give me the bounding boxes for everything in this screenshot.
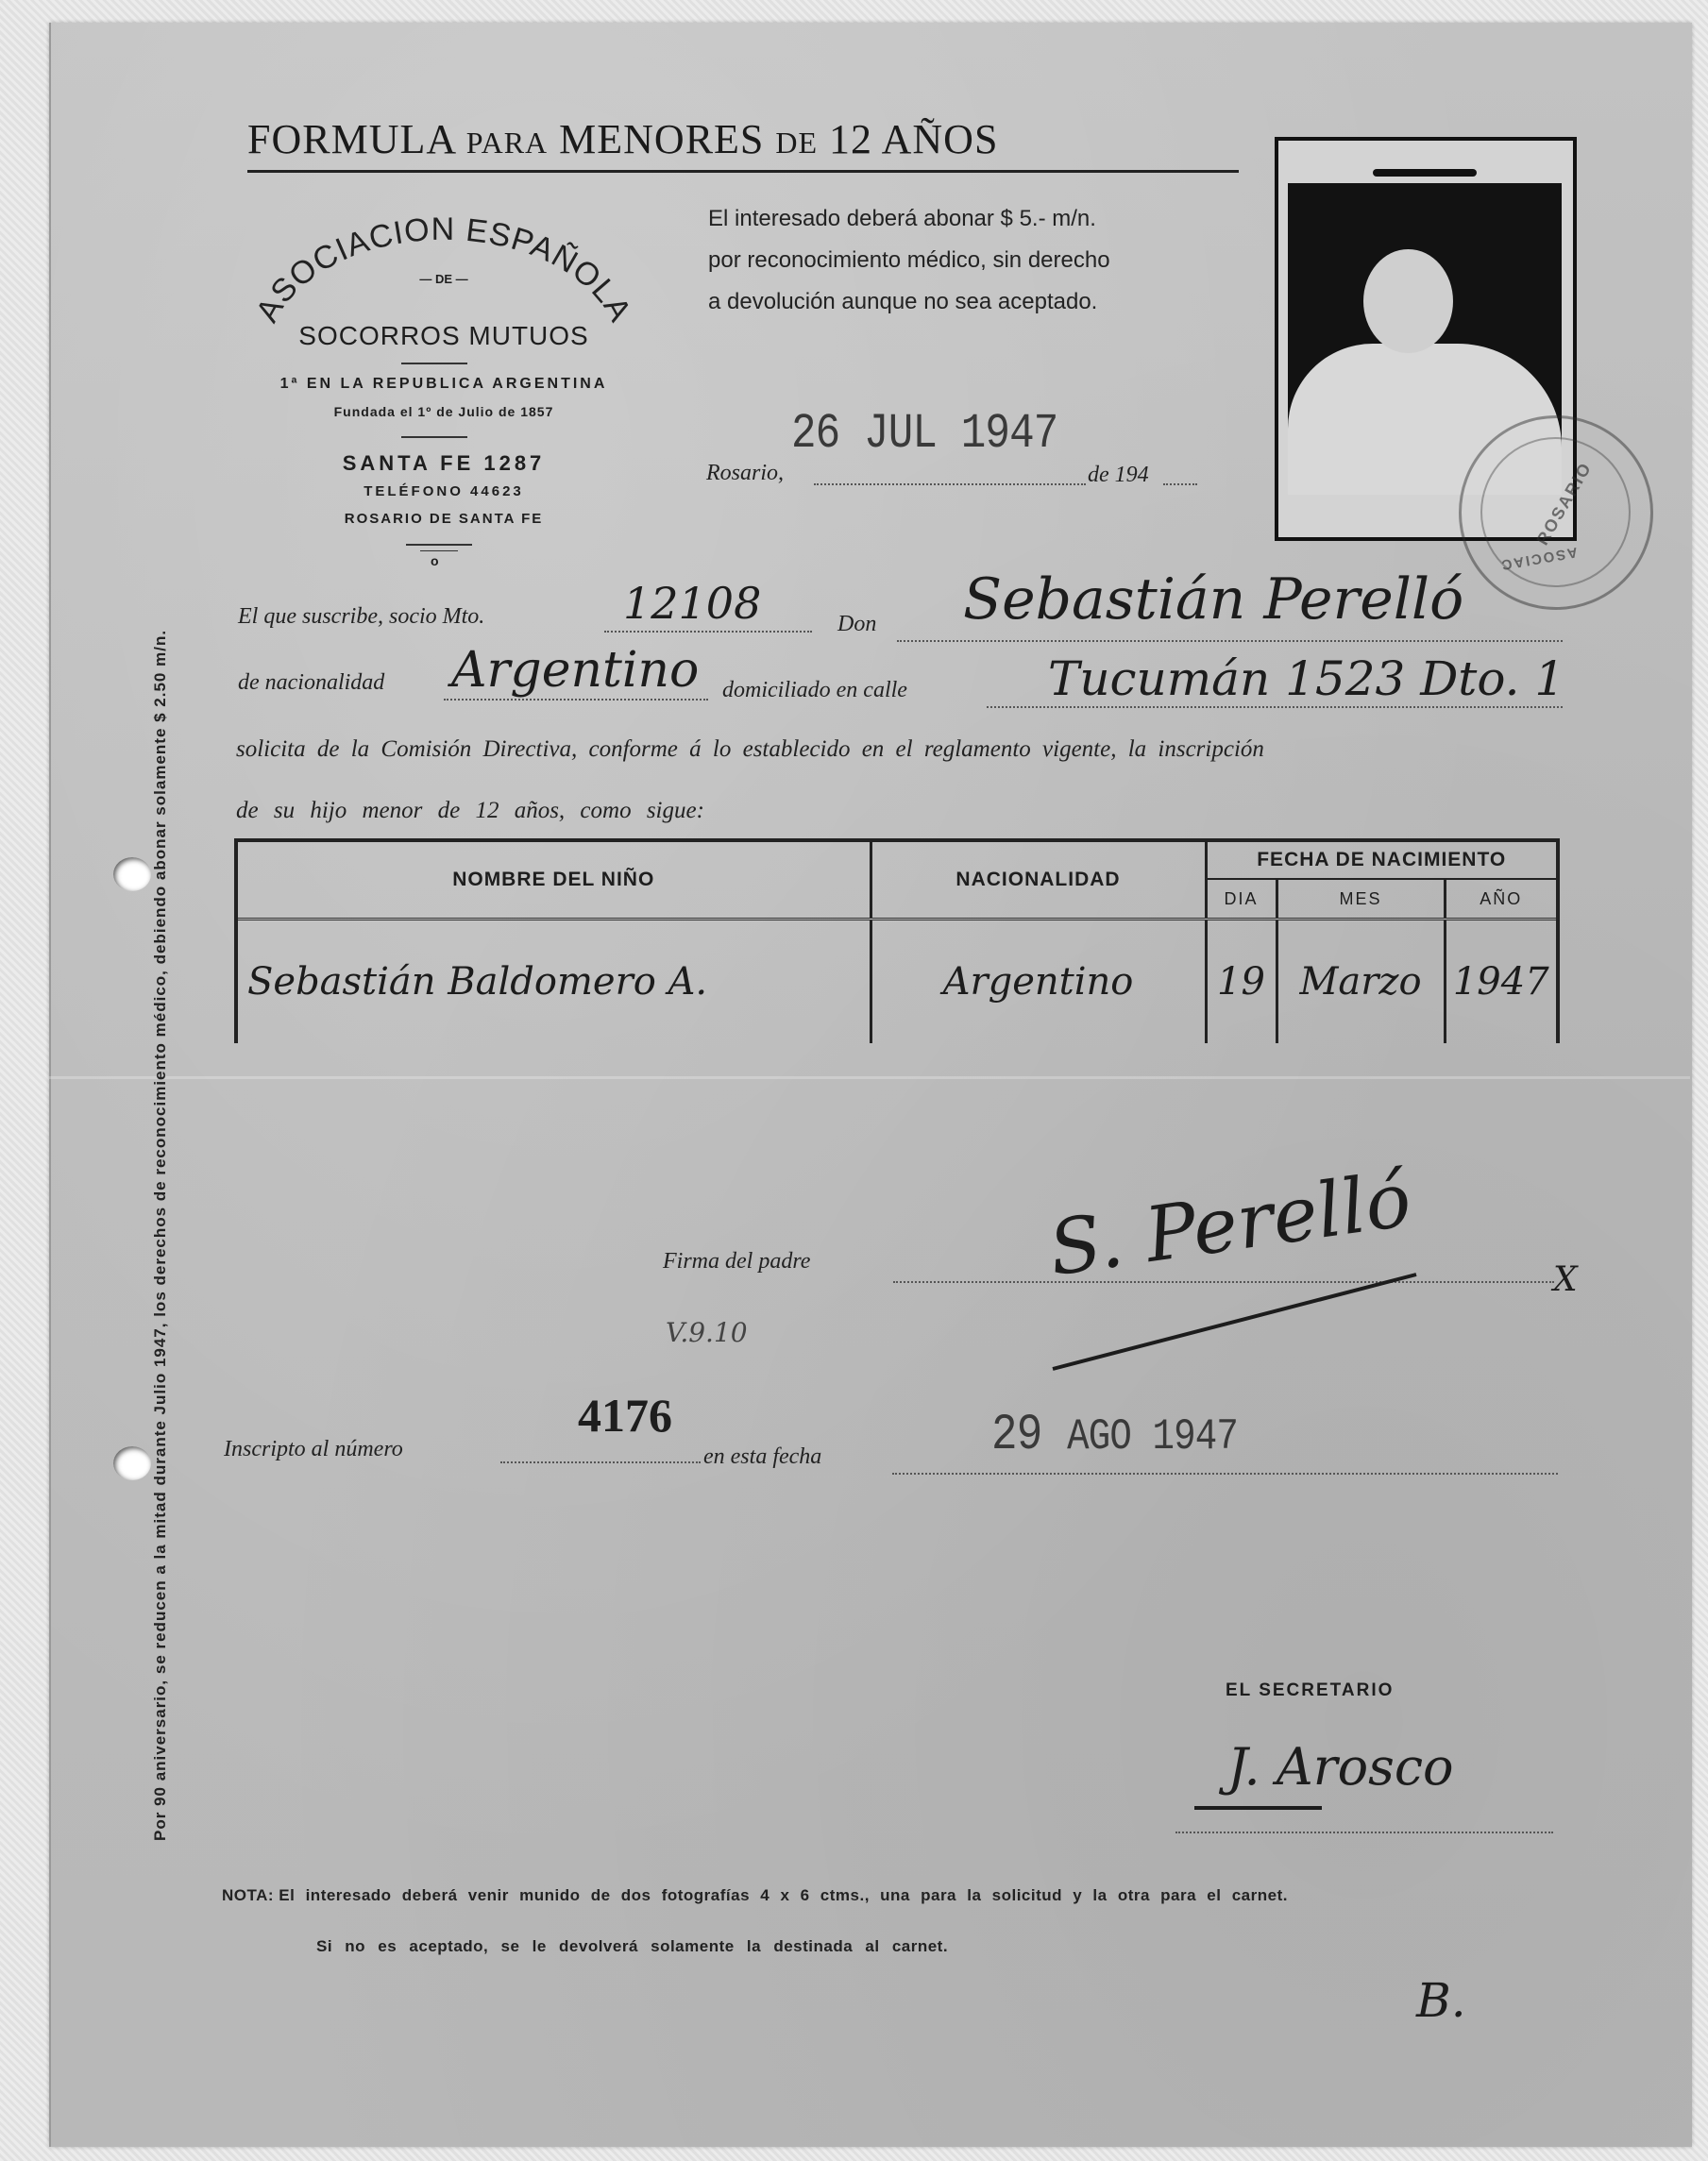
annotation: V.9.10 (666, 1317, 748, 1348)
label-father-signature: Firma del padre (663, 1249, 810, 1275)
child-nationality-cell[interactable]: Argentino (871, 920, 1206, 1044)
title-underline (247, 170, 1239, 173)
label-registration-date: en esta fecha (703, 1444, 821, 1470)
label-nationality: de nacionalidad (238, 670, 384, 696)
logo-ornament: o (431, 553, 439, 568)
child-name-cell[interactable]: Sebastián Baldomero A. (236, 920, 871, 1044)
year-field[interactable] (1163, 483, 1197, 485)
header-nationality: NACIONALIDAD (871, 840, 1206, 920)
member-number-field[interactable] (604, 631, 812, 633)
fee-notice-line: por reconocimiento médico, sin derecho (708, 240, 1237, 281)
member-number-value: 12108 (623, 578, 761, 629)
form-title: FORMULA PARA MENORES DE 12 AÑOS (247, 115, 998, 163)
association-phone: TELÉFONO 44623 (236, 483, 651, 499)
divider (401, 436, 467, 438)
association-name: SOCORROS MUTUOS (236, 321, 651, 351)
header-month: MES (1277, 879, 1445, 920)
note-line1: NOTA: El interesado deberá venir munido … (222, 1886, 1288, 1905)
date-suffix: de 194 (1088, 463, 1149, 488)
corner-initial: B. (1416, 1973, 1466, 2028)
address-field[interactable] (987, 706, 1563, 708)
paper-fold (49, 1076, 1690, 1079)
date-field[interactable] (814, 483, 1086, 485)
title-word: PARA (466, 126, 548, 160)
children-table: NOMBRE DEL NIÑO NACIONALIDAD FECHA DE NA… (234, 838, 1560, 1043)
birth-month-cell[interactable]: Marzo (1277, 920, 1445, 1044)
title-word: DE (775, 126, 818, 160)
registration-number-field[interactable] (500, 1461, 701, 1463)
label-subscriber: El que suscribe, socio Mto. (238, 604, 484, 630)
request-text-line2: de su hijo menor de 12 años, como sigue: (236, 798, 704, 824)
association-address: SANTA FE 1287 (236, 451, 651, 476)
title-word: 12 AÑOS (829, 116, 998, 162)
registration-date-stamp: 29 AGO 1947 (991, 1407, 1238, 1464)
registration-number: 4176 (578, 1388, 672, 1443)
date-prefix: Rosario, (706, 461, 784, 486)
note-line2: Si no es aceptado, se le devolverá solam… (316, 1937, 948, 1956)
secretary-label: EL SECRETARIO (1226, 1680, 1394, 1701)
logo-de: — DE — (397, 272, 491, 286)
association-seal: ROSARIO ASOCIAC (1459, 415, 1653, 610)
birth-day-cell[interactable]: 19 (1206, 920, 1277, 1044)
punch-hole (113, 1446, 151, 1480)
association-founded: Fundada el 1º de Julio de 1857 (236, 404, 651, 419)
margin-note: Por 90 aniversario, se reducen a la mita… (151, 630, 170, 1841)
photo-clip (1373, 169, 1477, 177)
divider (406, 544, 472, 546)
registration-date-field[interactable] (892, 1473, 1558, 1475)
signature-underline (1194, 1806, 1322, 1810)
secretary-signature: J. Arosco (1227, 1737, 1454, 1797)
header-day: DIA (1206, 879, 1277, 920)
signature-flourish-icon (1048, 1265, 1426, 1378)
birth-year-cell[interactable]: 1947 (1445, 920, 1558, 1044)
divider (420, 550, 458, 551)
secretary-signature-field[interactable] (1175, 1832, 1553, 1833)
fee-notice: El interesado deberá abonar $ 5.- m/n. p… (708, 198, 1237, 323)
association-tagline: 1ª EN LA REPUBLICA ARGENTINA (236, 376, 651, 393)
label-address: domiciliado en calle (722, 678, 907, 703)
association-city: ROSARIO DE SANTA FE (236, 511, 651, 527)
punch-hole (113, 857, 151, 891)
nationality-field[interactable] (444, 699, 708, 701)
note-label: NOTA: (222, 1886, 274, 1904)
title-word: FORMULA (247, 116, 455, 162)
header-birth-date: FECHA DE NACIMIENTO (1206, 840, 1558, 879)
fee-notice-line: a devolución aunque no sea aceptado. (708, 281, 1237, 323)
address-value: Tucumán 1523 Dto. 1 (1048, 651, 1564, 706)
divider (401, 363, 467, 364)
fee-notice-line: El interesado deberá abonar $ 5.- m/n. (708, 198, 1237, 240)
label-registration-number: Inscripto al número (224, 1437, 403, 1462)
note-text: El interesado deberá venir munido de dos… (279, 1886, 1288, 1904)
table-row: Sebastián Baldomero A. Argentino 19 Marz… (236, 920, 1558, 1044)
father-name-field[interactable] (897, 640, 1563, 642)
header-year: AÑO (1445, 879, 1558, 920)
date-stamp: 26 JUL 1947 (791, 406, 1057, 462)
association-arc-logo: ASOCIACION ESPAÑOLA (255, 184, 633, 326)
header-child-name: NOMBRE DEL NIÑO (236, 840, 871, 920)
title-word: MENORES (559, 116, 764, 162)
photo-baby-head (1363, 249, 1453, 353)
father-mark-x: X (1553, 1260, 1578, 1299)
svg-text:ASOCIACION ESPAÑOLA: ASOCIACION ESPAÑOLA (255, 211, 633, 326)
nationality-value: Argentino (451, 642, 699, 699)
stamp-month-year: AGO 1947 (1067, 1412, 1238, 1461)
label-don: Don (837, 612, 876, 637)
request-text-line1: solicita de la Comisión Directiva, confo… (236, 736, 1264, 763)
stamp-day: 29 (991, 1407, 1041, 1464)
father-name-value: Sebastián Perelló (963, 566, 1463, 633)
